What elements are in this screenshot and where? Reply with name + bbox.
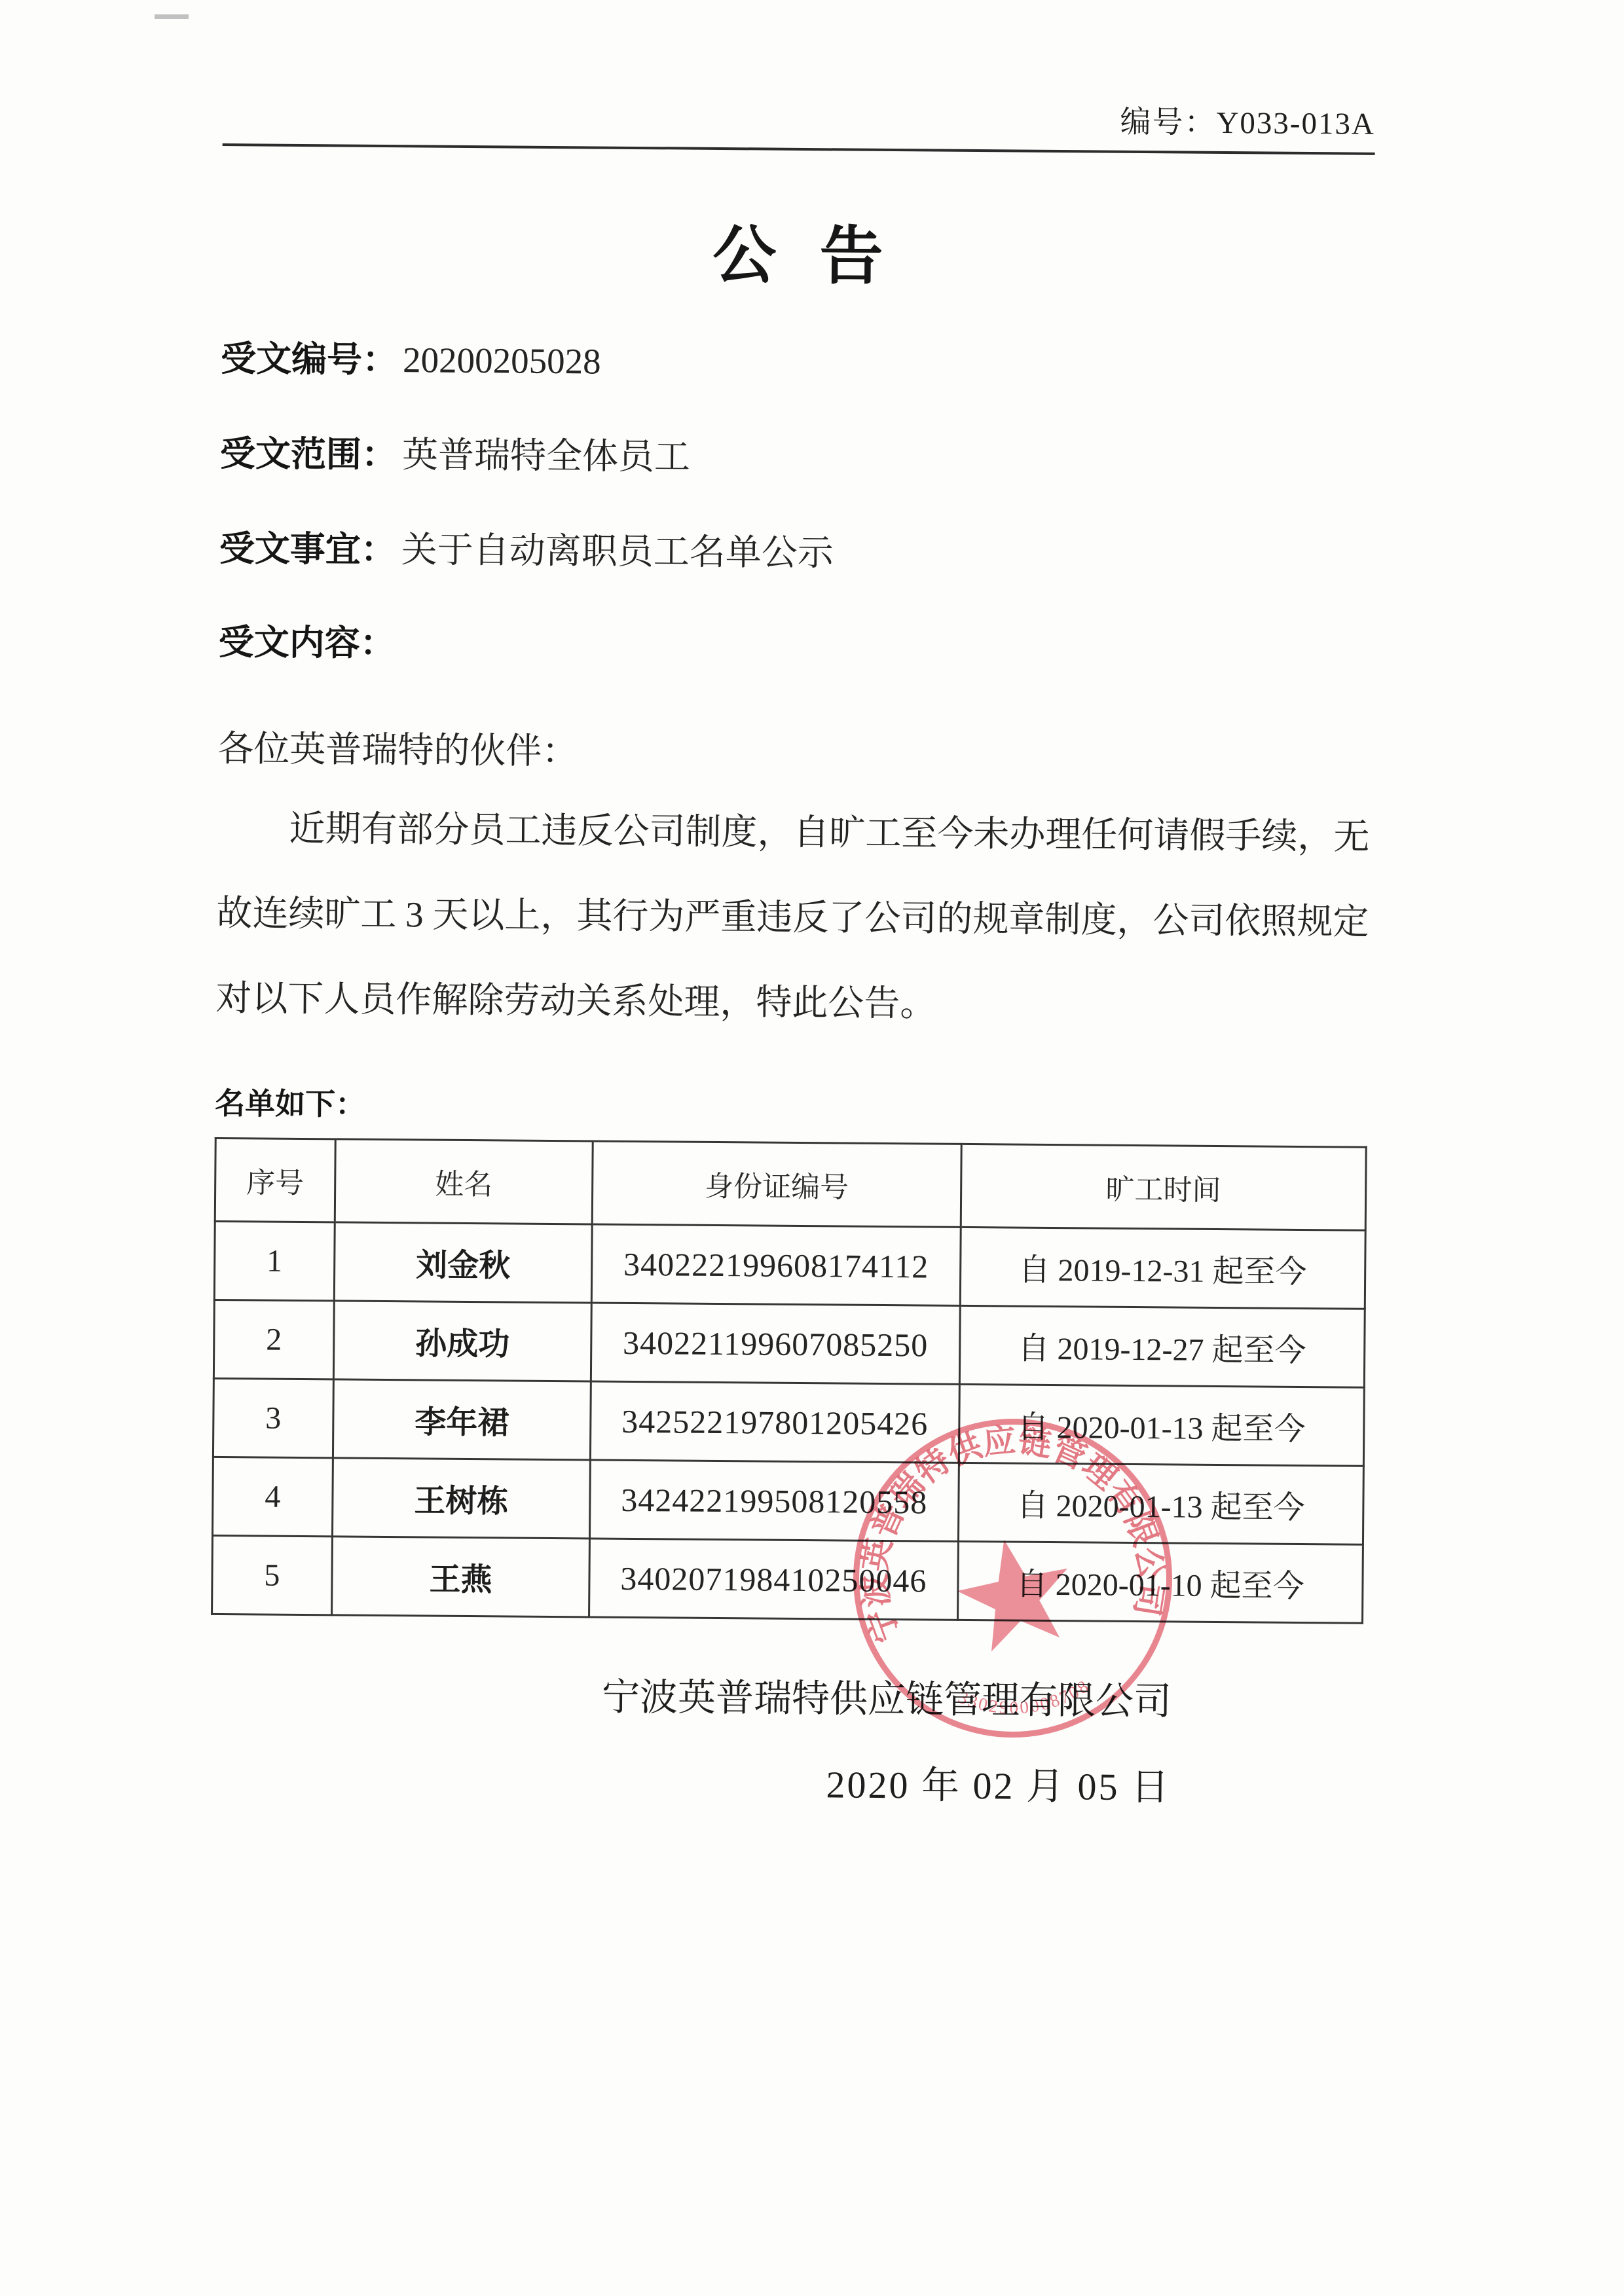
meta-section: 受文编号：20200205028 受文范围：英普瑞特全体员工 受文事宜：关于自动… <box>218 331 1373 674</box>
meta-value: 关于自动离职员工名单公示 <box>396 530 834 573</box>
meta-label: 受文编号： <box>221 339 397 380</box>
table-cell: 340222199608174112 <box>592 1224 961 1305</box>
table-row: 2孙成功340221199607085250自 2019-12-27 起至今 <box>213 1300 1365 1388</box>
scanned-content: 编号：Y033-013A 公 告 受文编号：20200205028 受文范围：英… <box>0 0 1624 1834</box>
meta-value: 20200205028 <box>397 340 601 381</box>
table-cell: 自 2020-01-13 起至今 <box>959 1385 1364 1467</box>
table-cell: 342422199508120558 <box>590 1460 959 1541</box>
table-cell: 李年裙 <box>333 1379 591 1460</box>
table-row: 4王树栋342422199508120558自 2020-01-13 起至今 <box>212 1457 1363 1545</box>
table-cell: 340221199607085250 <box>591 1303 960 1384</box>
table-cell: 王树栋 <box>332 1458 590 1539</box>
meta-value <box>395 623 400 663</box>
meta-row-content: 受文内容： <box>218 614 1371 674</box>
meta-row-scope: 受文范围：英普瑞特全体员工 <box>220 424 1373 485</box>
table-cell: 自 2019-12-27 起至今 <box>959 1306 1365 1388</box>
table-cell: 340207198410250046 <box>589 1539 958 1620</box>
meta-label: 受文范围： <box>220 434 397 475</box>
signature-company: 宁波英普瑞特供应链管理有限公司 <box>210 1652 1172 1745</box>
doc-number: 编号：Y033-013A <box>223 90 1375 143</box>
table-body: 1刘金秋340222199608174112自 2019-12-31 起至今2孙… <box>212 1222 1366 1624</box>
table-cell: 刘金秋 <box>334 1222 592 1303</box>
table-row: 3李年裙342522197801205426自 2020-01-13 起至今 <box>213 1379 1364 1467</box>
meta-label: 受文内容： <box>218 623 395 663</box>
table-cell: 孙成功 <box>333 1301 591 1381</box>
table-cell: 自 2019-12-31 起至今 <box>960 1228 1365 1309</box>
signature-block: 宁波英普瑞特供应链管理有限公司 2020 年 02 月 05 日 <box>210 1652 1363 1832</box>
table-cell: 自 2020-01-13 起至今 <box>958 1463 1363 1545</box>
table-header-cell: 序号 <box>215 1139 335 1222</box>
table-cell: 1 <box>214 1222 335 1301</box>
table-row: 5王燕340207198410250046自 2020-01-10 起至今 <box>212 1536 1363 1624</box>
meta-label: 受文事宜： <box>219 529 396 570</box>
table-header-cell: 旷工时间 <box>961 1144 1366 1231</box>
table-cell: 3 <box>213 1379 333 1458</box>
list-intro: 名单如下： <box>215 1080 1367 1132</box>
table-cell: 342522197801205426 <box>591 1381 959 1463</box>
document-page: 编号：Y033-013A 公 告 受文编号：20200205028 受文范围：英… <box>0 0 1624 2296</box>
meta-value: 英普瑞特全体员工 <box>397 435 690 477</box>
meta-row-doc-id: 受文编号：20200205028 <box>221 331 1374 390</box>
table-cell: 王燕 <box>331 1537 589 1617</box>
salutation: 各位英普瑞特的伙伴： <box>217 720 1371 780</box>
absentee-table: 序号姓名身份证编号旷工时间 1刘金秋340222199608174112自 20… <box>211 1137 1367 1624</box>
table-cell: 4 <box>212 1457 333 1537</box>
table-row: 1刘金秋340222199608174112自 2019-12-31 起至今 <box>214 1222 1365 1309</box>
table-header-cell: 姓名 <box>335 1139 593 1224</box>
page-title: 公 告 <box>221 200 1375 301</box>
table-cell: 自 2020-01-10 起至今 <box>957 1542 1363 1624</box>
table-cell: 5 <box>212 1536 333 1615</box>
table-head: 序号姓名身份证编号旷工时间 <box>215 1139 1366 1231</box>
header-rule <box>223 143 1375 155</box>
meta-row-subject: 受文事宜：关于自动离职员工名单公示 <box>219 519 1373 580</box>
body-paragraph: 近期有部分员工违反公司制度，自旷工至今未办理任何请假手续，无故连续旷工 3 天以… <box>215 786 1370 1049</box>
signature-date: 2020 年 02 月 05 日 <box>210 1738 1172 1831</box>
table-header-cell: 身份证编号 <box>593 1141 961 1227</box>
table-cell: 2 <box>213 1300 334 1379</box>
